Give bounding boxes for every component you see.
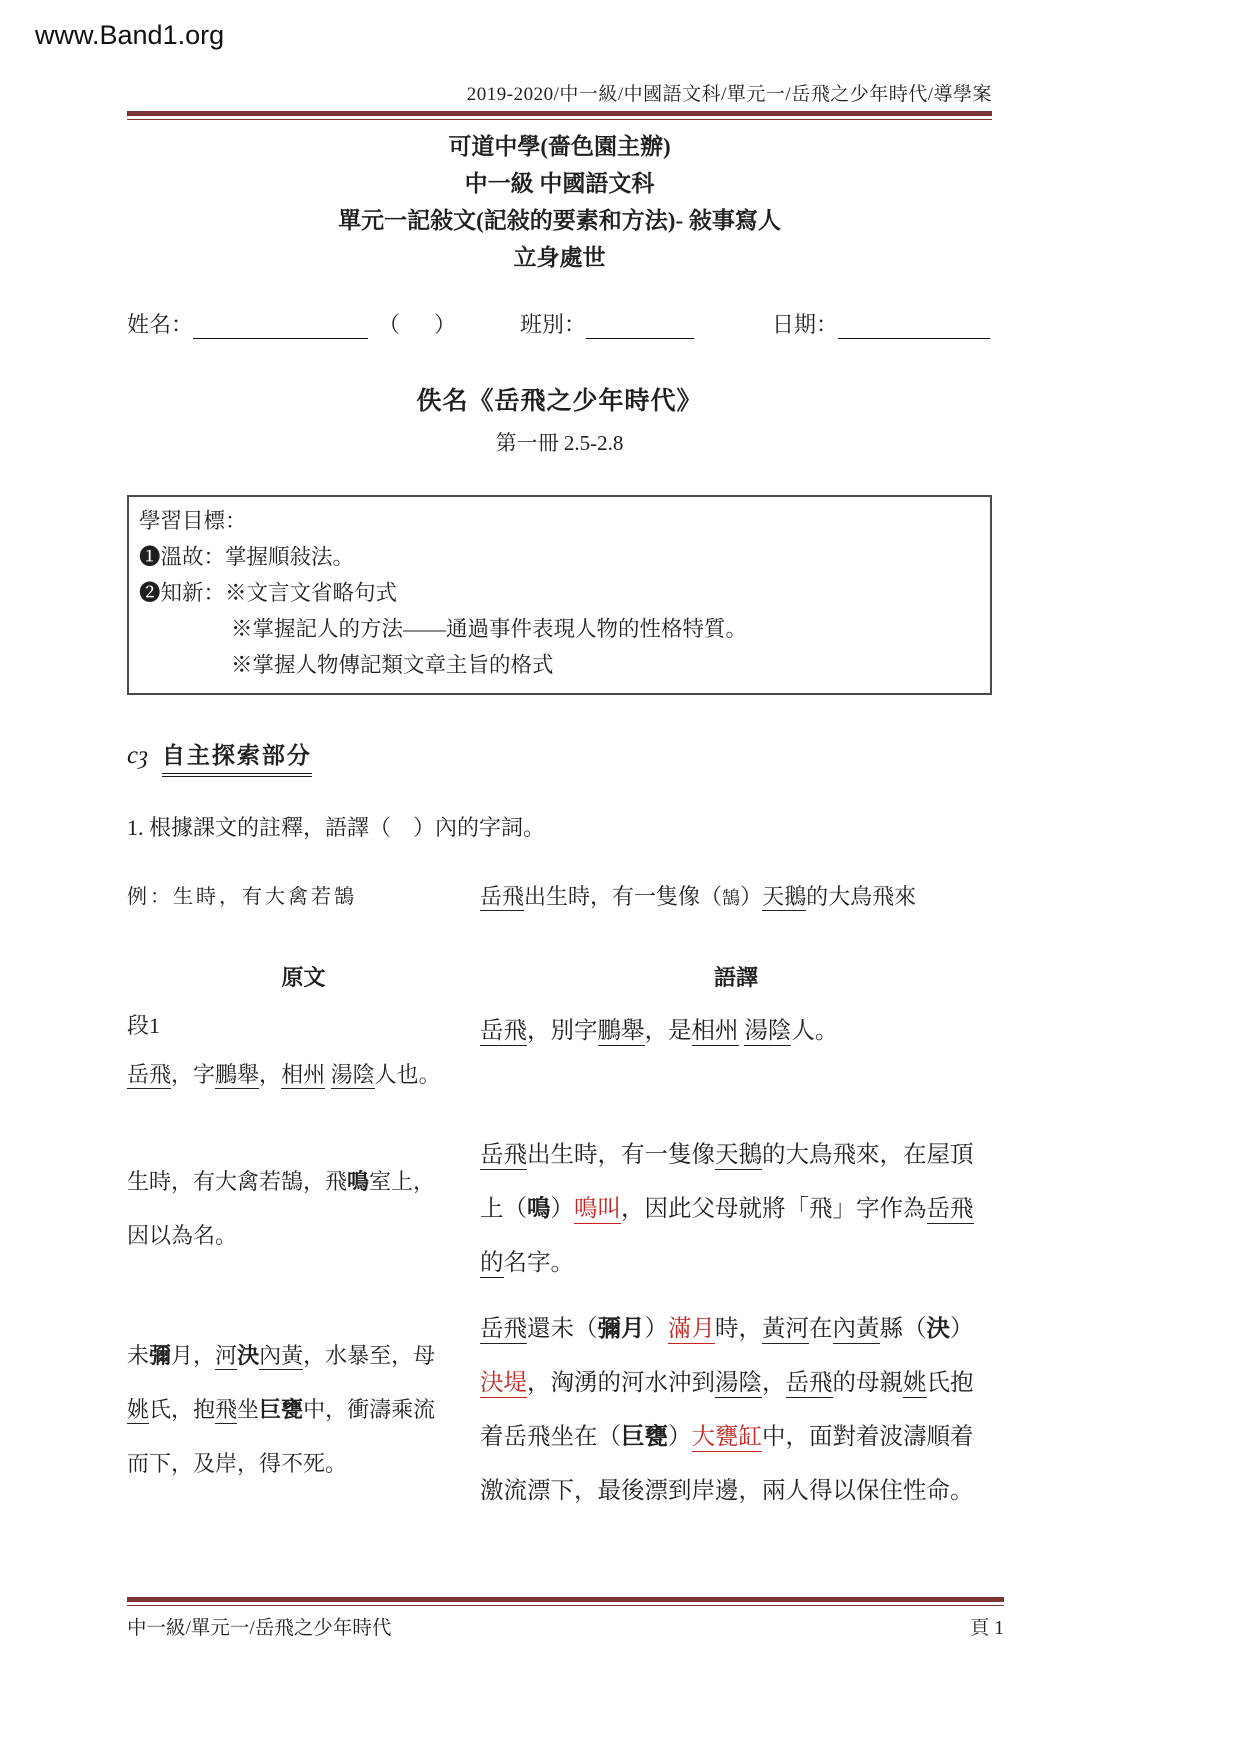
section-ornament-icon: cȝ bbox=[127, 742, 148, 770]
source-cell: 未彌月，河決內黃，水暴至，母姚氏，抱飛坐巨甕中，衝濤乘流而下，及岸，得不死。 bbox=[127, 1302, 480, 1518]
class-blank-line bbox=[586, 311, 694, 339]
translation-cell: 岳飛出生時，有一隻像天鵝的大鳥飛來，在屋頂上（鳴）鳴叫，因此父母就將「飛」字作為… bbox=[480, 1128, 992, 1302]
name-blank-line bbox=[193, 311, 368, 339]
objective-item: ❷知新：※文言文省略句式 bbox=[139, 575, 978, 611]
footer-breadcrumb: 中一級/單元一/岳飛之少年時代 bbox=[127, 1612, 391, 1640]
example-translation-text: 岳飛出生時，有一隻像（鵠）天鵝的大鳥飛來 bbox=[480, 880, 992, 911]
page-footer: 中一級/單元一/岳飛之少年時代 頁 1 bbox=[127, 1592, 1004, 1640]
table-header-row: 原文 語譯 bbox=[127, 961, 992, 992]
translation-text: 岳飛還未（彌月）滿月時，黃河在內黃縣（決）決堤，洶湧的河水沖到湯陰，岳飛的母親姚… bbox=[480, 1302, 974, 1518]
footer-rule bbox=[127, 1597, 1004, 1606]
section-title: 自主探索部分 bbox=[162, 737, 312, 777]
student-info-row: 姓名： （ ） 班別： 日期： bbox=[127, 308, 992, 339]
worksheet-page: www.Band1.org 2019-2020/中一級/中國語文科/單元一/岳飛… bbox=[0, 0, 1240, 1754]
theme-title: 立身處世 bbox=[127, 239, 992, 276]
date-blank-line bbox=[838, 311, 990, 339]
objectives-title: 學習目標： bbox=[139, 503, 978, 539]
class-number-paren: （ ） bbox=[378, 308, 462, 339]
page-content: 2019-2020/中一級/中國語文科/單元一/岳飛之少年時代/導學案 可道中學… bbox=[127, 79, 992, 1518]
translation-text: 岳飛出生時，有一隻像天鵝的大鳥飛來，在屋頂上（鳴）鳴叫，因此父母就將「飛」字作為… bbox=[480, 1128, 974, 1290]
table-row: 段1 岳飛，字鵬舉，相州 湯陰人也。 岳飛，別字鵬舉，是相州 湯陰人。 bbox=[127, 1004, 992, 1128]
source-cell: 生時，有大禽若鵠，飛鳴室上，因以為名。 bbox=[127, 1128, 480, 1302]
source-text: 未彌月，河決內黃，水暴至，母姚氏，抱飛坐巨甕中，衝濤乘流而下，及岸，得不死。 bbox=[127, 1329, 449, 1491]
table-row: 未彌月，河決內黃，水暴至，母姚氏，抱飛坐巨甕中，衝濤乘流而下，及岸，得不死。 岳… bbox=[127, 1302, 992, 1518]
translation-table: 原文 語譯 段1 岳飛，字鵬舉，相州 湯陰人也。 岳飛，別字鵬舉，是相州 湯陰人… bbox=[127, 961, 992, 1518]
watermark-site-text: www.Band1.org bbox=[0, 0, 1240, 51]
source-cell: 段1 岳飛，字鵬舉，相州 湯陰人也。 bbox=[127, 1004, 480, 1128]
work-subtitle: 第一冊 2.5-2.8 bbox=[127, 427, 992, 457]
source-text: 岳飛，字鵬舉，相州 湯陰人也。 bbox=[127, 1048, 449, 1102]
translation-text: 岳飛，別字鵬舉，是相州 湯陰人。 bbox=[480, 1004, 974, 1058]
example-source-text: 例：生時，有大禽若鵠 bbox=[127, 880, 480, 911]
question-1: 1. 根據課文的註釋，語譯（ ）內的字詞。 bbox=[127, 811, 992, 842]
example-row: 例：生時，有大禽若鵠 岳飛出生時，有一隻像（鵠）天鵝的大鳥飛來 bbox=[127, 880, 992, 911]
header-rule bbox=[127, 111, 992, 120]
objective-item: ❶溫故：掌握順敍法。 bbox=[139, 539, 978, 575]
grade-subject: 中一級 中國語文科 bbox=[127, 165, 992, 202]
source-text: 生時，有大禽若鵠，飛鳴室上，因以為名。 bbox=[127, 1155, 449, 1263]
column-header-translation: 語譯 bbox=[480, 961, 992, 992]
school-name: 可道中學(嗇色園主辦) bbox=[127, 128, 992, 165]
objective-item: ※掌握人物傳記類文章主旨的格式 bbox=[139, 647, 978, 683]
class-label: 班別： bbox=[520, 308, 586, 339]
column-header-source: 原文 bbox=[127, 961, 480, 992]
title-block: 可道中學(嗇色園主辦) 中一級 中國語文科 單元一記敍文(記敍的要素和方法)- … bbox=[127, 128, 992, 276]
translation-cell: 岳飛，別字鵬舉，是相州 湯陰人。 bbox=[480, 1004, 992, 1128]
date-label: 日期： bbox=[772, 308, 838, 339]
table-row: 生時，有大禽若鵠，飛鳴室上，因以為名。 岳飛出生時，有一隻像天鵝的大鳥飛來，在屋… bbox=[127, 1128, 992, 1302]
paragraph-label: 段1 bbox=[127, 1004, 449, 1048]
name-label: 姓名： bbox=[127, 308, 193, 339]
work-title: 佚名《岳飛之少年時代》 bbox=[127, 381, 992, 417]
unit-title: 單元一記敍文(記敍的要素和方法)- 敍事寫人 bbox=[127, 202, 992, 239]
page-number: 頁 1 bbox=[970, 1612, 1004, 1640]
section-heading: cȝ 自主探索部分 bbox=[127, 737, 992, 777]
objective-item: ※掌握記人的方法——通過事件表現人物的性格特質。 bbox=[139, 611, 978, 647]
translation-cell: 岳飛還未（彌月）滿月時，黃河在內黃縣（決）決堤，洶湧的河水沖到湯陰，岳飛的母親姚… bbox=[480, 1302, 992, 1518]
learning-objectives-box: 學習目標： ❶溫故：掌握順敍法。 ❷知新：※文言文省略句式 ※掌握記人的方法——… bbox=[127, 495, 992, 695]
document-path-header: 2019-2020/中一級/中國語文科/單元一/岳飛之少年時代/導學案 bbox=[127, 79, 992, 106]
